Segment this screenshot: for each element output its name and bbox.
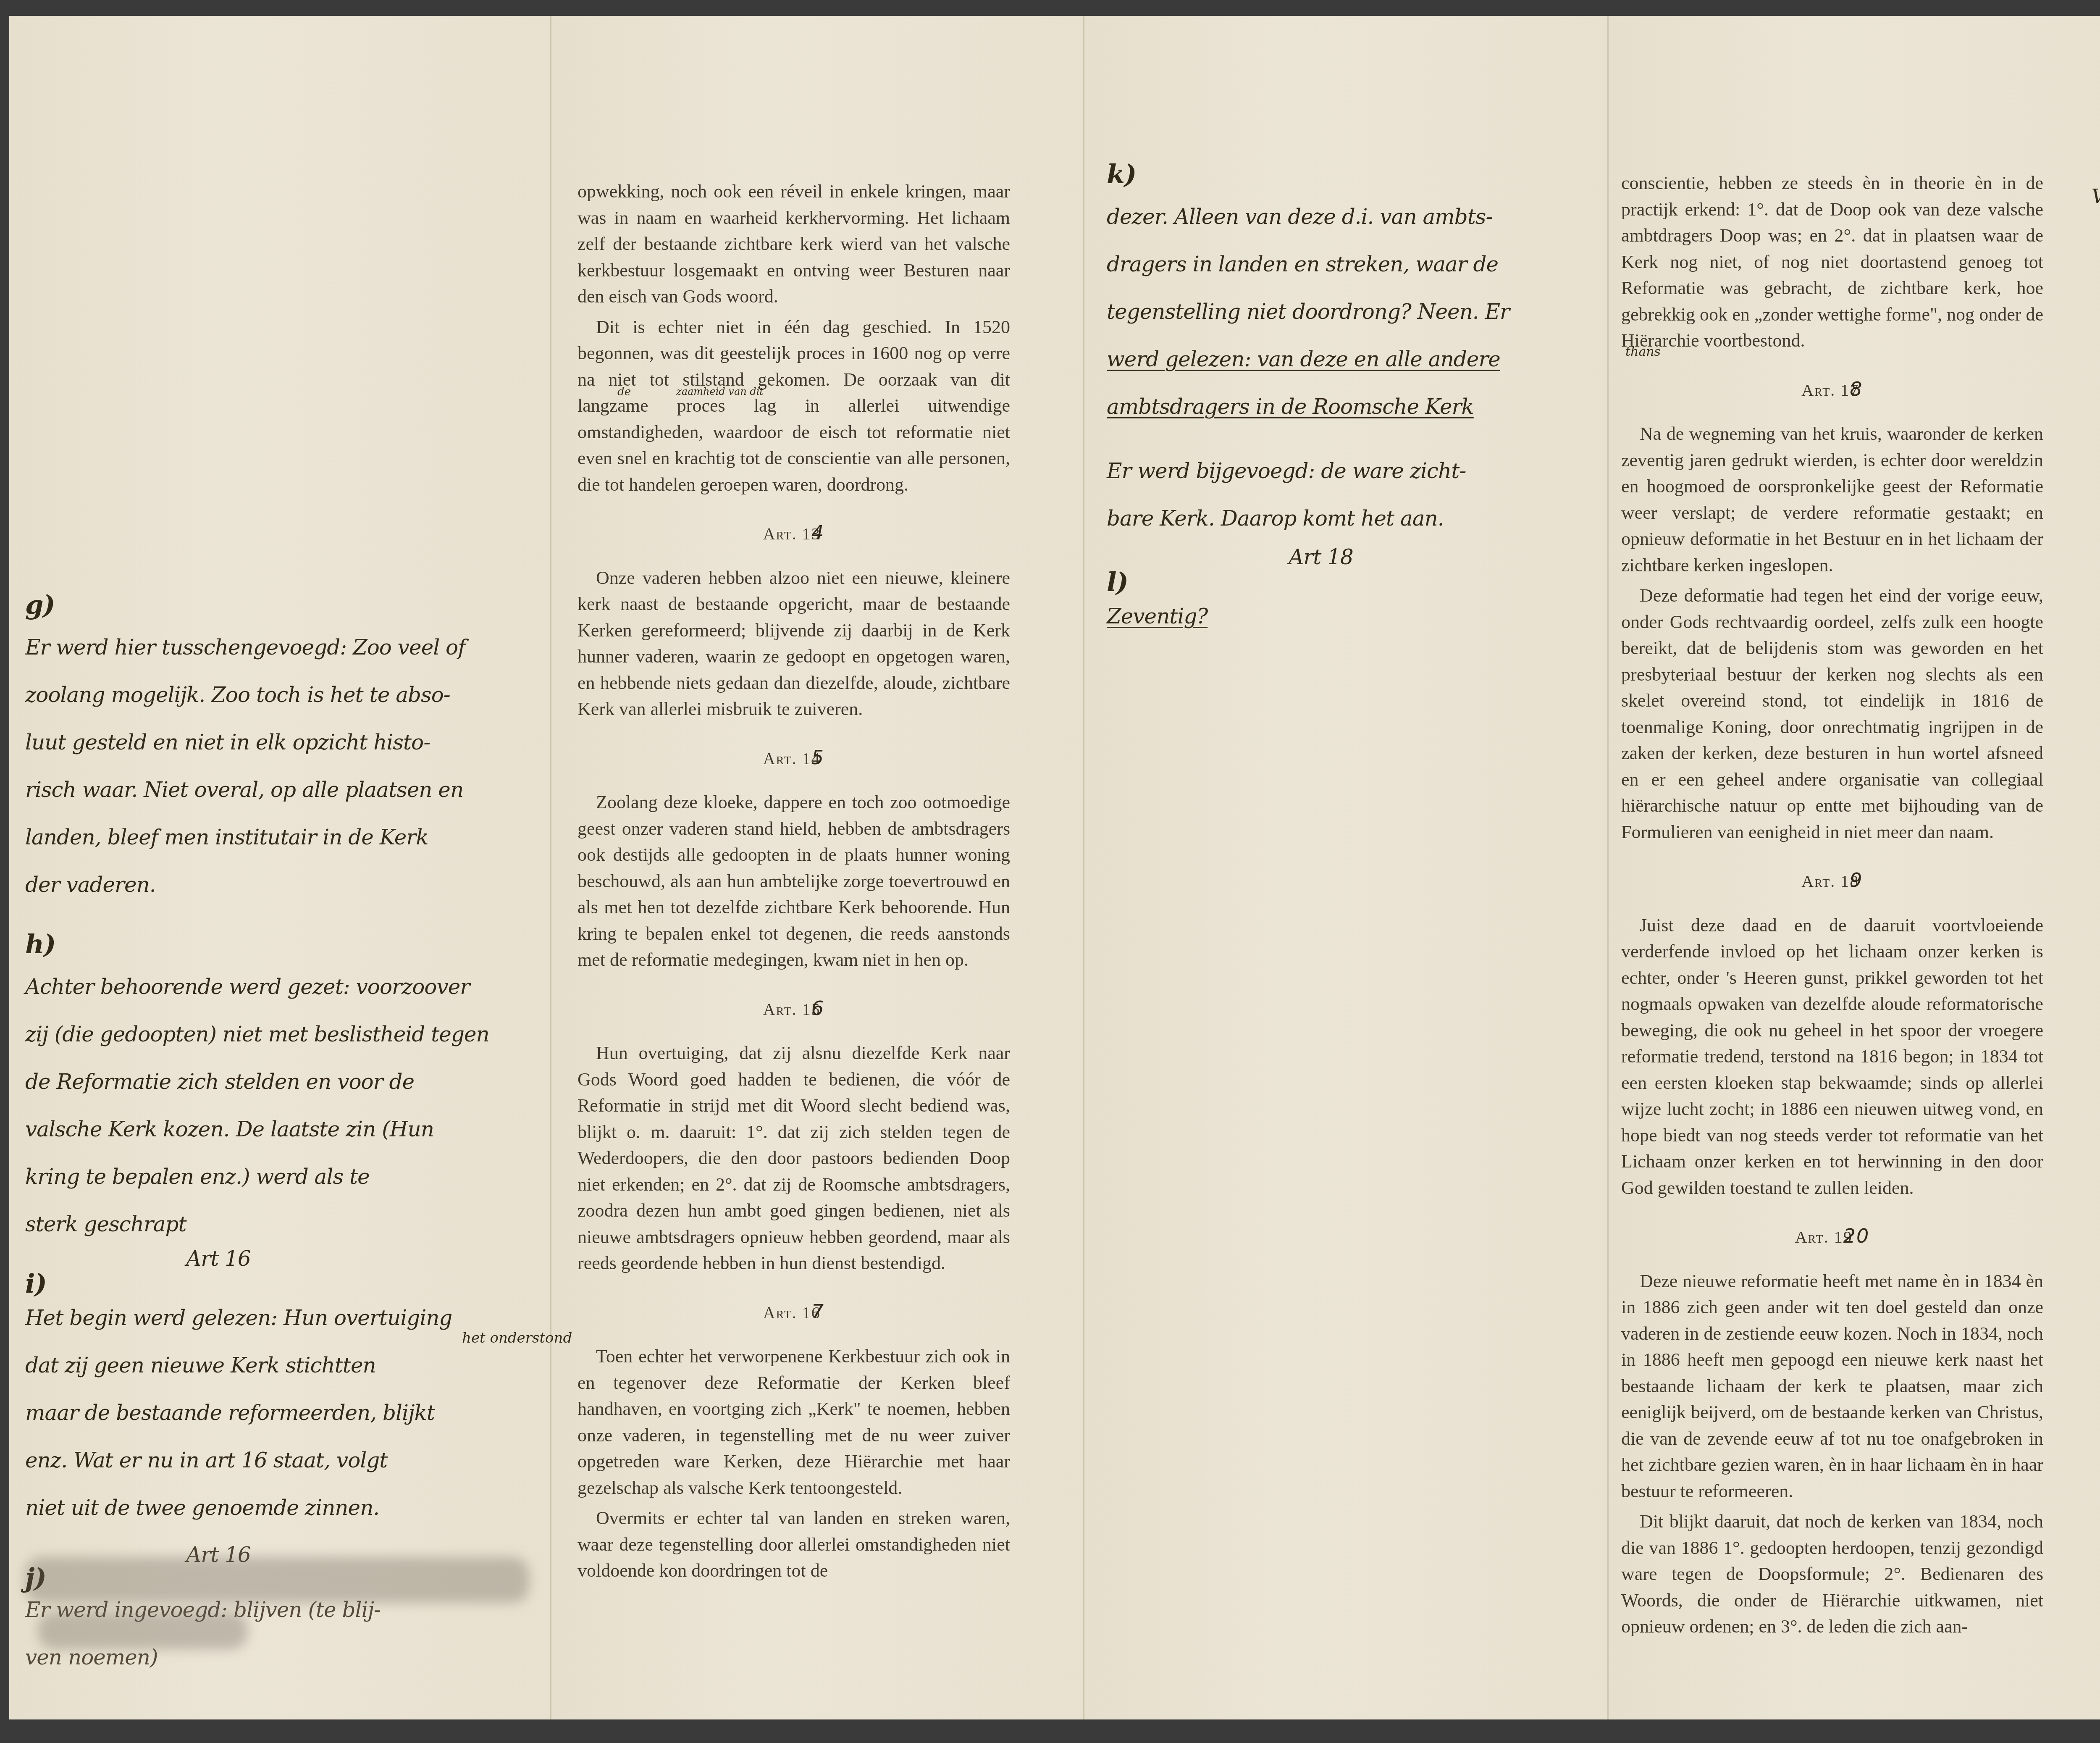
- handwritten-number: 4: [811, 521, 824, 544]
- note-line: Achter behoorende werd gezet: voorzoover: [25, 963, 538, 1011]
- note-line: dragers in landen en streken, waar de: [1107, 241, 1602, 288]
- note-l: l) Zeventig?: [1107, 572, 1602, 640]
- handwritten-number: 8: [1850, 378, 1863, 400]
- interlinear-correction: zaamheid van dit: [676, 386, 764, 397]
- paragraph: opwekking, noch ook een réveil in enkele…: [577, 179, 1010, 310]
- note-line: dat zij geen nieuwe Kerk stichtten: [25, 1342, 538, 1389]
- note-k: k) dezer. Alleen van deze d.i. van ambts…: [1107, 155, 1602, 431]
- paragraph: Deze deformatie had tegen het eind der v…: [1621, 583, 2043, 845]
- note-h: h) Achter behoorende werd gezet: voorzoo…: [25, 925, 538, 1248]
- paragraph: Deze nieuwe reformatie heeft met name èn…: [1621, 1268, 2043, 1505]
- column-1-notes: g) Er werd hier tusschengevoegd: Zoo vee…: [25, 586, 538, 1681]
- fold-line-2: [1083, 16, 1084, 1719]
- note-line: landen, bleef men institutair in de Kerk: [25, 814, 538, 861]
- paragraph: Overmits er echter tal van landen en str…: [577, 1505, 1010, 1584]
- note-label: l): [1107, 572, 1602, 593]
- paragraph: Toen echter het verworpenene Kerkbestuur…: [577, 1343, 1010, 1501]
- note-line: enz. Wat er nu in art 16 staat, volgt: [25, 1437, 538, 1484]
- fold-line-1: [550, 16, 551, 1719]
- note-line: niet uit de twee genoemde zinnen.: [25, 1484, 538, 1532]
- note-line: Zeventig?: [1107, 593, 1602, 640]
- note-line: valsche Kerk kozen. De laatste zin (Hun: [25, 1106, 538, 1153]
- handwritten-number: 20: [1843, 1225, 1870, 1247]
- note-i: Art 16 i) Het begin werd gelezen: Hun ov…: [25, 1244, 538, 1532]
- note-j: Art 16 j) Er werd ingevoegd: blijven (te…: [25, 1540, 538, 1681]
- note-line: tegenstelling niet doordrong? Neen. Er: [1107, 288, 1602, 336]
- paragraph: conscientie, hebben ze steeds èn in theo…: [1621, 170, 2043, 354]
- note-label: g): [25, 586, 538, 624]
- note-k-addition: Er werd bijgevoegd: de ware zicht- bare …: [1107, 447, 1602, 572]
- insert-note: het onderstond: [462, 1330, 572, 1346]
- ink-smudge: [25, 1557, 529, 1603]
- margin-note-below: thans: [1625, 344, 1661, 359]
- article-heading: Art. 178: [1621, 376, 2043, 404]
- interlinear-correction: de: [617, 386, 631, 398]
- note-line: de Reformatie zich stelden en voor de: [25, 1058, 538, 1106]
- paragraph: Dit blijkt daaruit, dat noch de kerken v…: [1621, 1509, 2043, 1640]
- handwritten-number: 5: [811, 746, 824, 769]
- note-line: luut gesteld en niet in elk opzicht hist…: [25, 719, 538, 766]
- note-g: g) Er werd hier tusschengevoegd: Zoo vee…: [25, 586, 538, 909]
- note-line: kring te bepalen enz.) werd als te: [25, 1153, 538, 1201]
- note-label: k): [1107, 155, 1602, 193]
- note-line: Het begin werd gelezen: Hun overtuiging: [25, 1294, 538, 1342]
- article-heading: Art. 134: [577, 520, 1010, 547]
- note-line: werd gelezen: van deze en alle andere: [1107, 336, 1602, 383]
- column-3-notes: k) dezer. Alleen van deze d.i. van ambts…: [1107, 155, 1602, 640]
- note-line: sterk geschrapt: [25, 1201, 538, 1248]
- column-2-printed: opwekking, noch ook een réveil in enkele…: [577, 179, 1010, 1588]
- article-heading: Art. 145: [577, 744, 1010, 772]
- note-label: h): [25, 925, 538, 963]
- paragraph: Dit is echter niet in één dag geschied. …: [577, 314, 1010, 498]
- note-line: der vaderen.: [25, 861, 538, 909]
- paragraph: Hun overtuiging, dat zij alsnu diezelfde…: [577, 1040, 1010, 1277]
- note-line: Er werd hier tusschengevoegd: Zoo veel o…: [25, 624, 538, 671]
- paragraph: Juist deze daad en de daaruit voortvloei…: [1621, 912, 2043, 1201]
- note-line: dezer. Alleen van deze d.i. van ambts-: [1107, 193, 1602, 241]
- note-line: Er werd bijgevoegd: de ware zicht-: [1107, 447, 1602, 495]
- article-heading: Art. 167: [577, 1299, 1010, 1326]
- paragraph: Na de wegneming van het kruis, waaronder…: [1621, 421, 2043, 578]
- column-4-printed: conscientie, hebben ze steeds èn in theo…: [1621, 170, 2043, 1644]
- margin-note-right: Ver: [2092, 185, 2100, 208]
- article-heading: Art. 1920: [1621, 1223, 2043, 1251]
- note-line: ambtsdragers in de Roomsche Kerk: [1107, 383, 1602, 431]
- handwritten-number: 6: [811, 997, 824, 1020]
- article-ref: Art 16: [0, 1244, 538, 1273]
- note-label: i): [25, 1273, 538, 1294]
- note-line: risch waar. Niet overal, op alle plaatse…: [25, 766, 538, 814]
- note-line: bare Kerk. Daarop komt het aan.: [1107, 495, 1602, 542]
- article-heading: Art. 156: [577, 995, 1010, 1023]
- fold-line-3: [1607, 16, 1609, 1719]
- note-line: zoolang mogelijk. Zoo toch is het te abs…: [25, 671, 538, 719]
- note-line: maar de bestaande reformeerden, blijkt: [25, 1389, 538, 1437]
- paragraph: Onze vaderen hebben alzoo niet een nieuw…: [577, 565, 1010, 723]
- note-line: zij (die gedoopten) niet met beslistheid…: [25, 1011, 538, 1058]
- paragraph: Zoolang deze kloeke, dappere en toch zoo…: [577, 789, 1010, 973]
- handwritten-number: 9: [1850, 869, 1863, 891]
- ink-smudge: [38, 1612, 248, 1649]
- handwritten-number: 7: [811, 1300, 824, 1323]
- article-heading: Art. 189: [1621, 867, 2043, 895]
